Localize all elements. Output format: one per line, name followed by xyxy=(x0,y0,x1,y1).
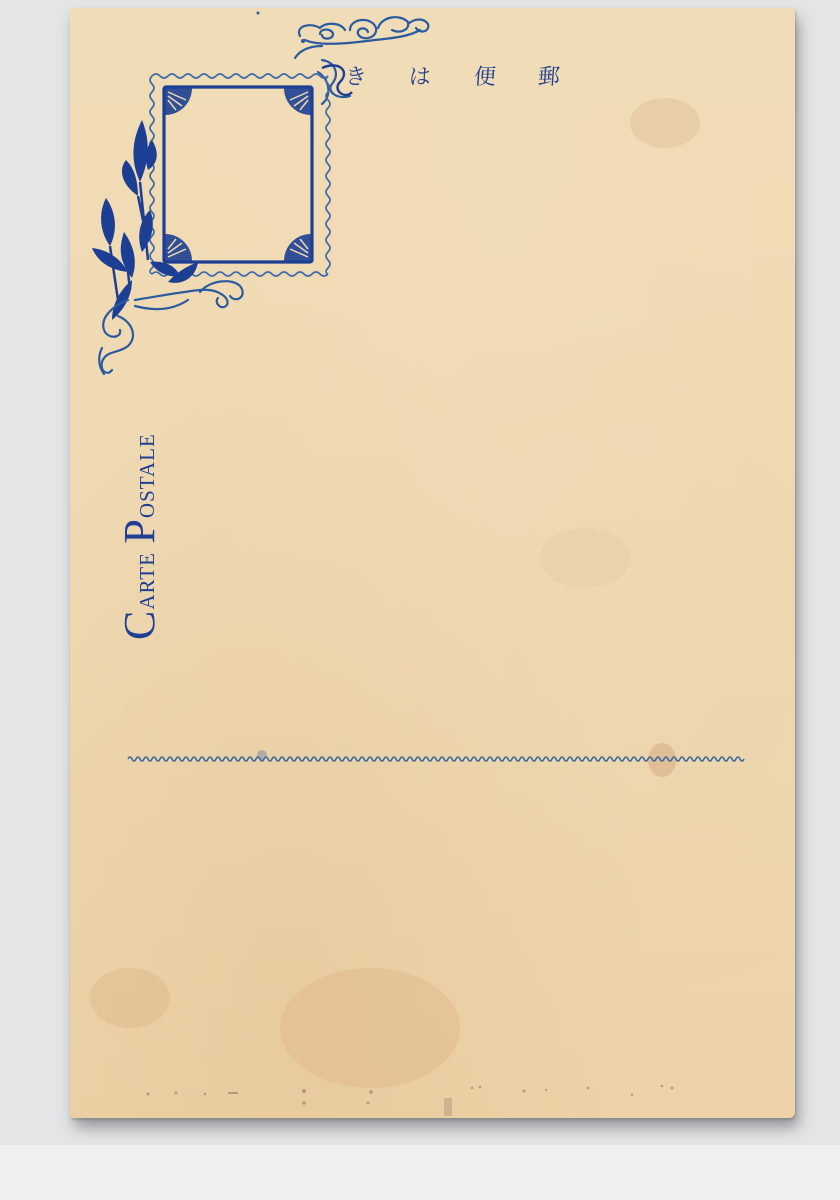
stamp-box xyxy=(164,87,312,262)
background-bottom-strip xyxy=(0,1145,840,1200)
wavy-divider-line xyxy=(0,746,840,776)
stain xyxy=(280,968,460,1088)
title-initial: P xyxy=(115,518,164,543)
title-word: ostale xyxy=(128,433,161,518)
title-initial: C xyxy=(115,610,164,640)
carte-postale-title: Carte Postale xyxy=(118,433,162,640)
title-word: arte xyxy=(128,552,161,610)
bottom-faint-marks xyxy=(0,1080,840,1120)
stain xyxy=(540,528,630,588)
stain xyxy=(90,968,170,1028)
cloud-swirl-icon xyxy=(295,17,428,104)
stamp-frame-ornament xyxy=(0,0,840,400)
corner-fan-icon xyxy=(165,88,311,261)
